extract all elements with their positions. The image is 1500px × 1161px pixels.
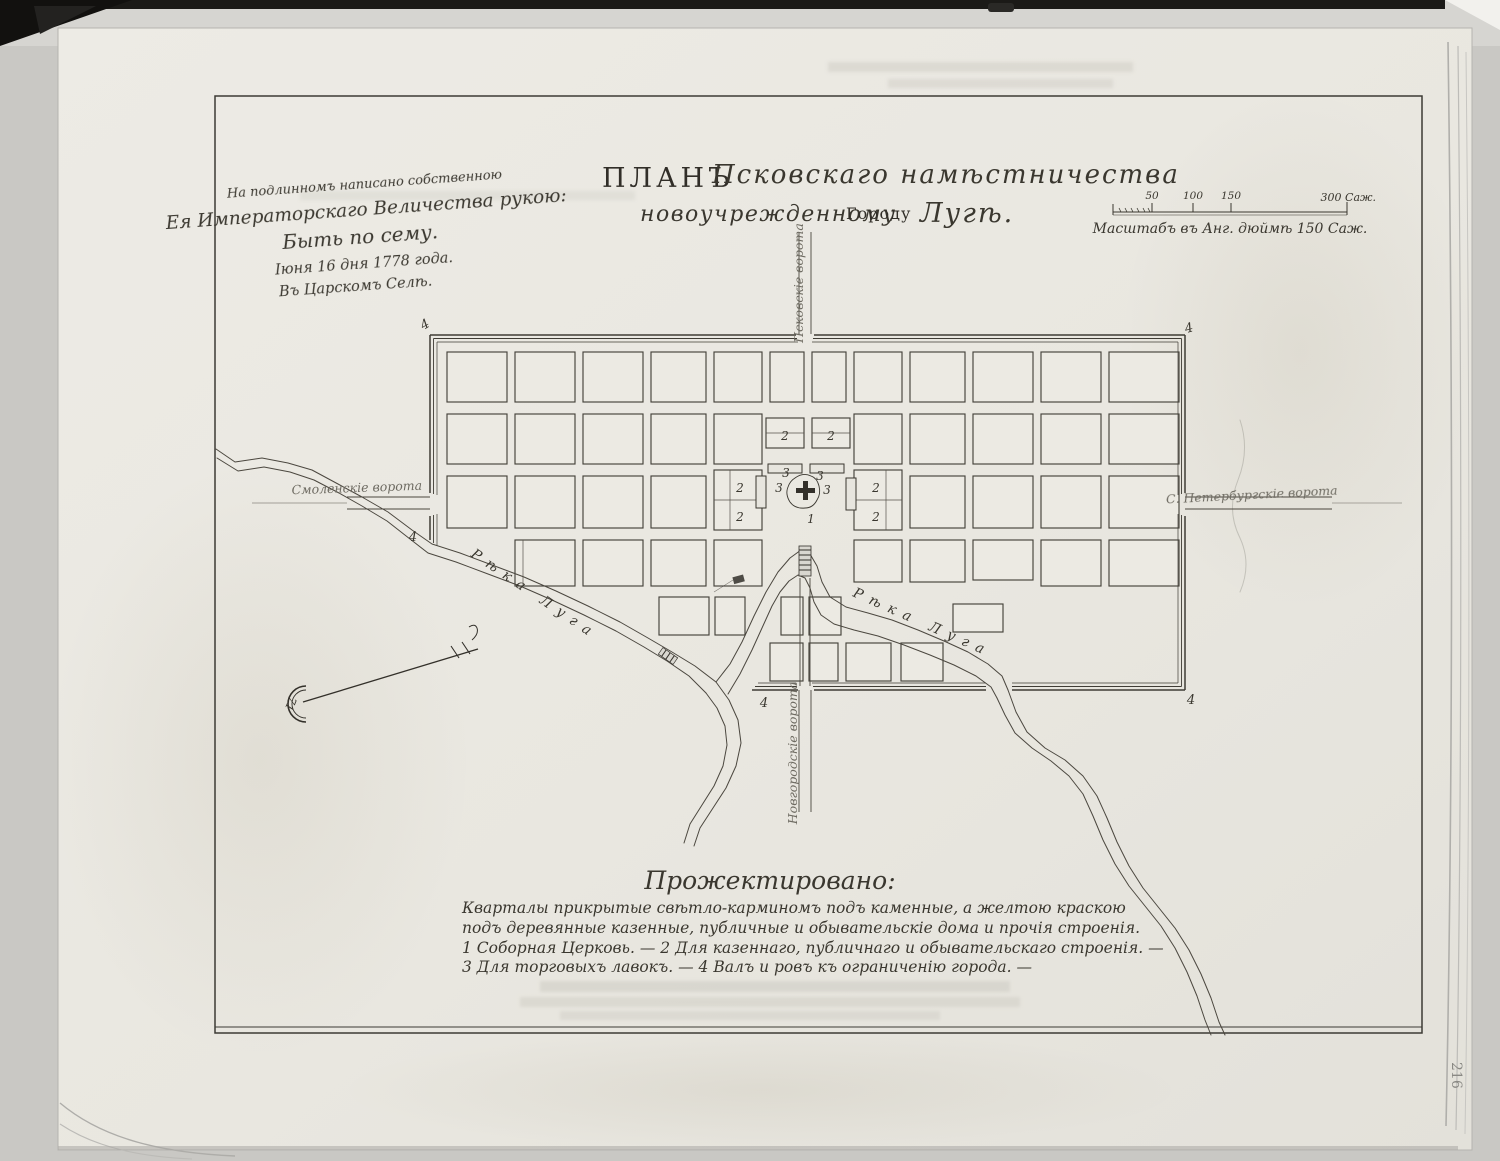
scale-tick-50: 50 xyxy=(1145,190,1159,202)
gate-label-north: Псковскіе ворота xyxy=(791,223,806,344)
scale-tick-150: 150 xyxy=(1221,190,1241,202)
city-block xyxy=(515,414,575,464)
city-block xyxy=(901,643,943,681)
city-block xyxy=(973,540,1033,580)
city-block xyxy=(910,540,965,582)
city-block xyxy=(583,476,643,528)
scale-tick-100: 100 xyxy=(1183,190,1203,202)
city-block xyxy=(651,352,706,402)
city-block xyxy=(583,414,643,464)
city-block xyxy=(770,352,804,402)
city-block xyxy=(714,414,762,464)
city-block xyxy=(515,476,575,528)
city-block xyxy=(973,414,1033,464)
trading-row-block xyxy=(810,464,844,473)
paper-stain xyxy=(340,1030,1180,1150)
city-block xyxy=(714,352,762,402)
city-block xyxy=(1109,352,1179,402)
city-block xyxy=(846,643,891,681)
paper-stain xyxy=(50,460,470,1060)
plan-number-two: 2 xyxy=(826,429,835,443)
plan-number-two: 2 xyxy=(871,510,880,524)
city-block xyxy=(1041,352,1101,402)
plan-number-three: 3 xyxy=(816,469,824,483)
city-block xyxy=(1109,414,1179,464)
plan-number-two: 2 xyxy=(871,481,880,495)
city-block xyxy=(651,414,706,464)
city-block xyxy=(447,352,507,402)
city-block xyxy=(1041,540,1101,586)
city-block xyxy=(854,352,902,402)
plan-number-three: 3 xyxy=(775,481,783,495)
legend-line-3: 1 Соборная Церковь. — 2 Для казеннаго, п… xyxy=(462,939,1164,957)
city-block xyxy=(910,414,965,464)
bridge-main xyxy=(799,546,811,576)
top-edge-shadow xyxy=(0,0,1445,9)
plan-number-two: 2 xyxy=(735,510,744,524)
city-block xyxy=(659,597,709,635)
plate-number: 216 xyxy=(1448,1062,1464,1089)
legend-heading: Прожектировано: xyxy=(643,866,895,895)
city-block xyxy=(854,540,902,582)
plan-number-four: 4 xyxy=(1186,693,1195,708)
scale-end-label: 300 Саж. xyxy=(1321,191,1376,204)
legend-line-2: подъ деревянные казенные, публичные и об… xyxy=(462,919,1140,937)
city-block xyxy=(973,352,1033,402)
city-block xyxy=(583,540,643,586)
trading-row-block xyxy=(846,478,856,510)
title-script-1: Псковскаго намѣстничества xyxy=(711,160,1180,190)
city-block xyxy=(715,597,745,635)
city-block xyxy=(651,540,706,586)
city-block xyxy=(1109,540,1179,586)
scan-speck xyxy=(988,3,1014,12)
city-block xyxy=(809,643,838,681)
plan-number-three: 3 xyxy=(823,483,831,497)
city-block xyxy=(1041,476,1101,528)
city-block xyxy=(910,352,965,402)
plan-number-four: 4 xyxy=(408,530,417,545)
plan-number-two: 2 xyxy=(735,481,744,495)
city-block xyxy=(854,414,902,464)
map-plate-svg: На подлинномъ написано собственною Ея Им… xyxy=(0,0,1500,1161)
city-block xyxy=(447,414,507,464)
legend-line-1: Кварталы прикрытые свѣтло-карминомъ подъ… xyxy=(461,899,1126,917)
city-block xyxy=(447,476,507,528)
scanned-map-page: На подлинномъ написано собственною Ея Им… xyxy=(0,0,1500,1161)
city-block xyxy=(583,352,643,402)
city-block xyxy=(770,643,803,681)
plan-number-three: 3 xyxy=(782,466,790,480)
plan-number-four: 4 xyxy=(759,696,768,711)
plan-number-two: 2 xyxy=(780,429,789,443)
gate-label-south: Новгородскіе ворота xyxy=(785,682,800,825)
city-block xyxy=(651,476,706,528)
city-block xyxy=(1041,414,1101,464)
city-block xyxy=(910,476,965,528)
city-block xyxy=(973,476,1033,528)
city-block xyxy=(812,352,846,402)
scale-caption: Масштабъ въ Анг. дюймѣ 150 Саж. xyxy=(1092,221,1368,237)
city-block xyxy=(809,597,841,635)
plan-number-one: 1 xyxy=(807,512,815,526)
legend-line-4: 3 Для торговыхъ лавокъ. — 4 Валъ и ровъ … xyxy=(462,958,1032,976)
bottom-edge-shadow xyxy=(58,1146,1458,1150)
trading-row-block xyxy=(756,476,766,508)
city-block xyxy=(515,352,575,402)
city-block xyxy=(953,604,1003,632)
title-script-3: Лугѣ. xyxy=(918,198,1014,229)
title-gorodu-word: Городу xyxy=(846,204,911,223)
